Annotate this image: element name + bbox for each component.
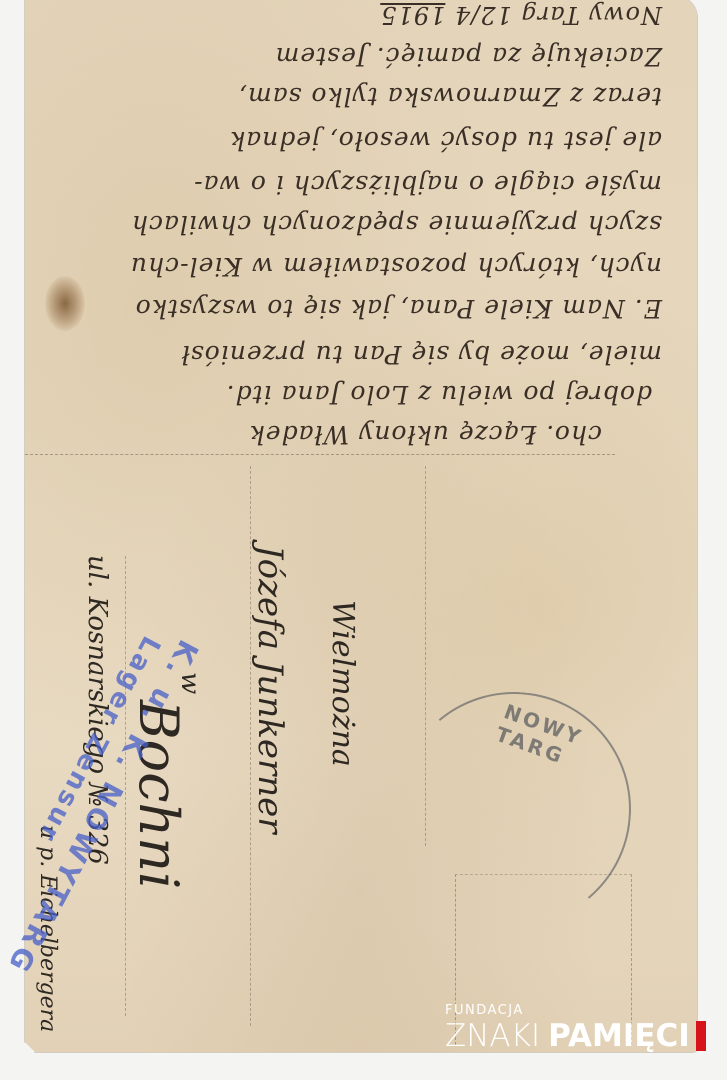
message-date: Nowy Targ 12/4 1915 [380,1,662,29]
message-line: nych, których pozostawiłem w Kiel-chu [130,252,662,281]
date-year: 1915 [380,1,445,29]
message-line: szych przyjemnie spędzonych chwilach [131,210,662,239]
message-line: Zaciekuję za pamięć. Jestem [275,42,662,71]
address-recipient: Józefa Junkerner [250,545,290,833]
message-line: ale jest tu dosyć wesoło, jednak [229,126,662,155]
message-line: teraz z Zmarnowska tylko sam, [238,82,662,111]
message-address-divider [25,454,615,455]
watermark-logo: FUNDACJA ZNAKI PAMIĘCI [445,1004,706,1054]
message-line: E. Nam Kiele Pana, jak się to wszystko [135,294,662,323]
logo-red-bar [696,1021,706,1051]
message-line: dobrej po wielu z Lolo Jana itd. [226,380,652,409]
message-line: myśle ciągle o najbliższych i o wa- [193,170,662,199]
date-place: Nowy Targ 12/4 [454,1,662,29]
address-salutation: Wielmożna [325,600,360,767]
logo-znaki: ZNAKI [445,1018,540,1054]
message-line: cho. Łączę ukłony Władek [249,420,602,449]
message-line: miele, może by się Pan tu przeniósł [181,340,662,369]
logo-fundacja: FUNDACJA [445,1004,706,1018]
logo-pamieci: PAMIĘCI [548,1018,690,1054]
handwritten-message: cho. Łączę ukłony Władek dobrej po wielu… [32,0,662,451]
postmark: NOWY TARG [395,690,629,924]
